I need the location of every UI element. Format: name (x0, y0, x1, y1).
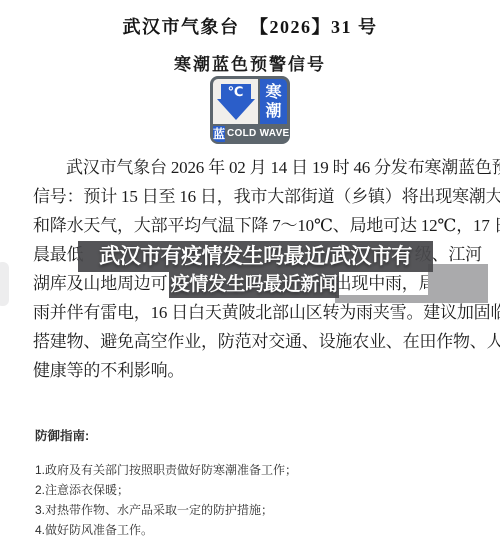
defense-guide-item-2: 2.注意添衣保暖； (35, 480, 297, 500)
wave-char: 潮 (260, 102, 287, 121)
cold-char: 寒 (260, 83, 287, 102)
defense-guide-list: 1.政府及有关部门按照职责做好防寒潮准备工作； 2.注意添衣保暖； 3.对热带作… (35, 460, 297, 540)
cold-wave-chinese-label: 寒 潮 (260, 79, 287, 124)
defense-guide-item-1: 1.政府及有关部门按照职责做好防寒潮准备工作； (35, 460, 297, 480)
defense-guide-section: 防御指南: 1.政府及有关部门按照职责做好防寒潮准备工作； 2.注意添衣保暖； … (35, 426, 297, 540)
document-subtitle: 寒潮蓝色预警信号 (0, 50, 500, 75)
cold-wave-english-label: COLD WAVE (227, 126, 290, 142)
temperature-drop-cell: ℃ (213, 79, 258, 124)
headline-banner-shadow-right (428, 264, 488, 303)
defense-guide-heading: 防御指南: (35, 426, 297, 444)
blue-level-badge: 蓝 (213, 126, 225, 142)
body-line-7: 搭建物、避免高空作业，防范对交通、设施农业、在田作物、人体 (33, 327, 469, 356)
celsius-label: ℃ (221, 84, 251, 99)
body-line-5-left-fragment: 湖库及山地周边可 (33, 269, 167, 298)
weather-warning-document: 武汉市气象台 【2026】31 号 寒潮蓝色预警信号 ℃ 寒 潮 蓝 COLD … (0, 0, 500, 544)
headline-overlay-line-1: 武汉市有疫情发生吗最近/武汉市有 (78, 241, 433, 272)
left-edge-artifact (0, 262, 9, 306)
body-line-2: 信号：预计 15 日至 16 日，我市大部街道（乡镇）将出现寒潮大风 (33, 182, 469, 211)
warning-icon-bottom-row: 蓝 COLD WAVE (213, 126, 287, 142)
warning-icon-top-row: ℃ 寒 潮 (213, 79, 287, 124)
defense-guide-item-3: 3.对热带作物、水产品采取一定的防护措施； (35, 500, 297, 520)
down-arrow-icon (217, 99, 255, 120)
document-title: 武汉市气象台 【2026】31 号 (0, 13, 500, 39)
body-line-4-left-fragment: 晨最低 (33, 240, 83, 269)
body-line-3: 和降水天气，大部平均气温下降 7～10℃、局地可达 12℃，17 日早 (33, 211, 469, 240)
headline-banner-shadow-bottom (335, 295, 428, 303)
body-line-1: 武汉市气象台 2026 年 02 月 14 日 19 时 46 分发布寒潮蓝色预… (33, 153, 469, 182)
defense-guide-item-4: 4.做好防风准备工作。 (35, 520, 297, 540)
headline-overlay-line-2: 疫情发生吗最近新闻 (169, 272, 339, 298)
temperature-drop-arrow-icon: ℃ (217, 84, 255, 120)
body-line-8: 健康等的不利影响。 (33, 356, 469, 385)
cold-wave-warning-icon: ℃ 寒 潮 蓝 COLD WAVE (210, 76, 290, 144)
